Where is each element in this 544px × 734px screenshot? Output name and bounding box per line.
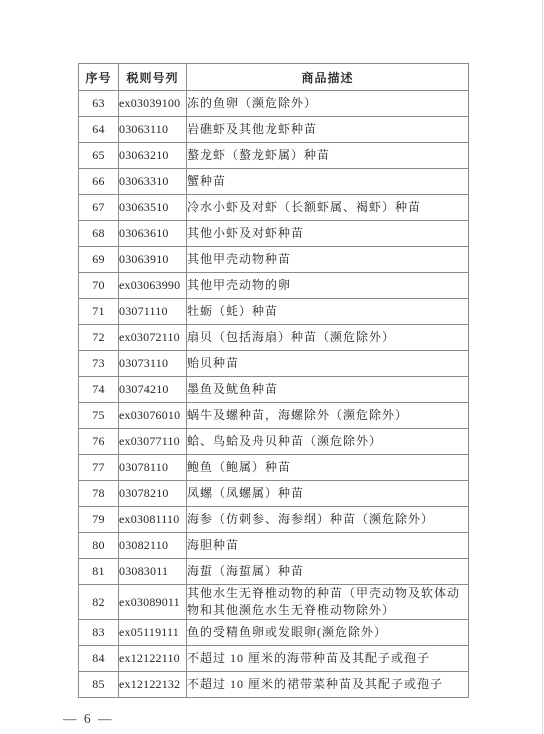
document-page: 序号 税则号列 商品描述 63ex03039100冻的鱼卵（濒危除外）64030… xyxy=(0,0,544,734)
table-row: 6803063610其他小虾及对虾种苗 xyxy=(79,221,469,247)
row-product-description: 牡蛎（蚝）种苗 xyxy=(187,299,469,325)
table-row: 63ex03039100冻的鱼卵（濒危除外） xyxy=(79,91,469,117)
row-product-description: 蜗牛及螺种苗，海螺除外（濒危除外） xyxy=(187,403,469,429)
scan-edge-line xyxy=(542,0,543,734)
row-tariff-code: 03063310 xyxy=(119,169,187,195)
row-serial-number: 82 xyxy=(79,585,119,620)
row-tariff-code: ex03039100 xyxy=(119,91,187,117)
row-tariff-code: ex03063990 xyxy=(119,273,187,299)
row-product-description: 冻的鱼卵（濒危除外） xyxy=(187,91,469,117)
row-product-description: 扇贝（包括海扇）种苗（濒危除外） xyxy=(187,325,469,351)
table-row: 76ex03077110蛤、鸟蛤及舟贝种苗（濒危除外） xyxy=(79,429,469,455)
row-serial-number: 78 xyxy=(79,481,119,507)
table-row: 83ex05119111鱼的受精鱼卵或发眼卵(濒危除外） xyxy=(79,620,469,646)
row-serial-number: 68 xyxy=(79,221,119,247)
row-product-description: 海蜇（海蜇属）种苗 xyxy=(187,559,469,585)
table-row: 6503063210螯龙虾（螯龙虾属）种苗 xyxy=(79,143,469,169)
row-serial-number: 73 xyxy=(79,351,119,377)
row-serial-number: 81 xyxy=(79,559,119,585)
row-tariff-code: ex03089011 xyxy=(119,585,187,620)
row-tariff-code: 03074210 xyxy=(119,377,187,403)
row-serial-number: 71 xyxy=(79,299,119,325)
row-product-description: 螯龙虾（螯龙虾属）种苗 xyxy=(187,143,469,169)
table-row: 6603063310蟹种苗 xyxy=(79,169,469,195)
row-serial-number: 79 xyxy=(79,507,119,533)
row-serial-number: 77 xyxy=(79,455,119,481)
row-product-description: 不超过 10 厘米的海带种苗及其配子或孢子 xyxy=(187,646,469,672)
tariff-table: 序号 税则号列 商品描述 63ex03039100冻的鱼卵（濒危除外）64030… xyxy=(78,63,469,698)
table-row: 70ex03063990其他甲壳动物的卵 xyxy=(79,273,469,299)
table-row: 6903063910其他甲壳动物种苗 xyxy=(79,247,469,273)
table-row: 7103071110牡蛎（蚝）种苗 xyxy=(79,299,469,325)
row-serial-number: 67 xyxy=(79,195,119,221)
row-serial-number: 80 xyxy=(79,533,119,559)
table-row: 6703063510冷水小虾及对虾（长额虾属、褐虾）种苗 xyxy=(79,195,469,221)
row-tariff-code: ex03077110 xyxy=(119,429,187,455)
table-row: 8103083011海蜇（海蜇属）种苗 xyxy=(79,559,469,585)
table-row: 7303073110贻贝种苗 xyxy=(79,351,469,377)
row-serial-number: 63 xyxy=(79,91,119,117)
row-product-description: 其他甲壳动物种苗 xyxy=(187,247,469,273)
header-row: 序号 税则号列 商品描述 xyxy=(79,64,469,91)
row-product-description: 其他水生无脊椎动物的种苗（甲壳动物及软体动物和其他濒危水生无脊椎动物除外） xyxy=(187,585,469,620)
table-row: 75ex03076010蜗牛及螺种苗，海螺除外（濒危除外） xyxy=(79,403,469,429)
row-tariff-code: 03083011 xyxy=(119,559,187,585)
table-row: 7703078110鲍鱼（鲍属）种苗 xyxy=(79,455,469,481)
row-serial-number: 74 xyxy=(79,377,119,403)
row-serial-number: 66 xyxy=(79,169,119,195)
row-tariff-code: ex12122132 xyxy=(119,672,187,698)
row-serial-number: 83 xyxy=(79,620,119,646)
table-header: 序号 税则号列 商品描述 xyxy=(79,64,469,91)
row-product-description: 海参（仿刺参、海参纲）种苗（濒危除外） xyxy=(187,507,469,533)
row-serial-number: 75 xyxy=(79,403,119,429)
row-tariff-code: 03063210 xyxy=(119,143,187,169)
header-product-description: 商品描述 xyxy=(187,64,469,91)
row-product-description: 贻贝种苗 xyxy=(187,351,469,377)
table-row: 6403063110岩礁虾及其他龙虾种苗 xyxy=(79,117,469,143)
row-serial-number: 69 xyxy=(79,247,119,273)
row-product-description: 墨鱼及鱿鱼种苗 xyxy=(187,377,469,403)
row-product-description: 海胆种苗 xyxy=(187,533,469,559)
table-row: 82ex03089011其他水生无脊椎动物的种苗（甲壳动物及软体动物和其他濒危水… xyxy=(79,585,469,620)
row-serial-number: 65 xyxy=(79,143,119,169)
row-tariff-code: 03078210 xyxy=(119,481,187,507)
row-product-description: 岩礁虾及其他龙虾种苗 xyxy=(187,117,469,143)
table-row: 7403074210墨鱼及鱿鱼种苗 xyxy=(79,377,469,403)
row-product-description: 不超过 10 厘米的裙带菜种苗及其配子或孢子 xyxy=(187,672,469,698)
header-serial-number: 序号 xyxy=(79,64,119,91)
row-tariff-code: 03063910 xyxy=(119,247,187,273)
table-row: 85ex12122132不超过 10 厘米的裙带菜种苗及其配子或孢子 xyxy=(79,672,469,698)
row-product-description: 其他甲壳动物的卵 xyxy=(187,273,469,299)
row-tariff-code: ex03076010 xyxy=(119,403,187,429)
row-tariff-code: 03082110 xyxy=(119,533,187,559)
row-serial-number: 76 xyxy=(79,429,119,455)
row-tariff-code: ex12122110 xyxy=(119,646,187,672)
row-tariff-code: 03071110 xyxy=(119,299,187,325)
row-tariff-code: ex05119111 xyxy=(119,620,187,646)
table-row: 72ex03072110扇贝（包括海扇）种苗（濒危除外） xyxy=(79,325,469,351)
row-tariff-code: 03063510 xyxy=(119,195,187,221)
table-row: 79ex03081110海参（仿刺参、海参纲）种苗（濒危除外） xyxy=(79,507,469,533)
row-tariff-code: ex03081110 xyxy=(119,507,187,533)
row-product-description: 鱼的受精鱼卵或发眼卵(濒危除外） xyxy=(187,620,469,646)
row-serial-number: 64 xyxy=(79,117,119,143)
row-product-description: 其他小虾及对虾种苗 xyxy=(187,221,469,247)
row-tariff-code: 03063110 xyxy=(119,117,187,143)
row-tariff-code: 03073110 xyxy=(119,351,187,377)
row-serial-number: 85 xyxy=(79,672,119,698)
row-tariff-code: ex03072110 xyxy=(119,325,187,351)
page-number: — 6 — xyxy=(63,711,114,727)
table-body: 63ex03039100冻的鱼卵（濒危除外）6403063110岩礁虾及其他龙虾… xyxy=(79,91,469,698)
row-serial-number: 70 xyxy=(79,273,119,299)
row-tariff-code: 03078110 xyxy=(119,455,187,481)
table-row: 7803078210凤螺（凤螺属）种苗 xyxy=(79,481,469,507)
table-row: 84ex12122110不超过 10 厘米的海带种苗及其配子或孢子 xyxy=(79,646,469,672)
table-row: 8003082110海胆种苗 xyxy=(79,533,469,559)
row-product-description: 冷水小虾及对虾（长额虾属、褐虾）种苗 xyxy=(187,195,469,221)
row-product-description: 鲍鱼（鲍属）种苗 xyxy=(187,455,469,481)
row-serial-number: 72 xyxy=(79,325,119,351)
row-product-description: 蟹种苗 xyxy=(187,169,469,195)
row-product-description: 蛤、鸟蛤及舟贝种苗（濒危除外） xyxy=(187,429,469,455)
row-tariff-code: 03063610 xyxy=(119,221,187,247)
row-product-description: 凤螺（凤螺属）种苗 xyxy=(187,481,469,507)
header-tariff-code: 税则号列 xyxy=(119,64,187,91)
row-serial-number: 84 xyxy=(79,646,119,672)
